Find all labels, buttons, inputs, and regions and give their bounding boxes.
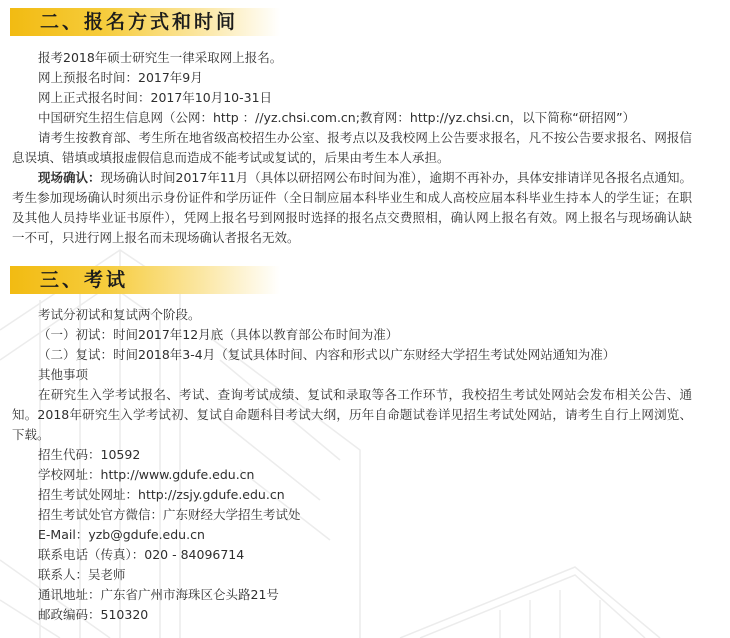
contact-value: 广东财经大学招生考试处 (163, 507, 301, 522)
contact-value: 广东省广州市海珠区仑头路21号 (101, 587, 279, 602)
admissions-website-link[interactable]: http://zsjy.gdufe.edu.cn (138, 487, 285, 502)
onsite-paragraph: 现场确认：现场确认时间2017年11月（具体以研招网公布时间为准），逾期不再补办… (12, 168, 692, 248)
text-line: 网上正式报名时间：2017年10月10-31日 (12, 88, 692, 108)
contact-value: 10592 (101, 447, 141, 462)
email-link[interactable]: yzb@gdufe.edu.cn (88, 527, 205, 542)
contact-item: 邮政编码：510320 (12, 605, 692, 625)
contact-item: 联系电话（传真）：020 - 84096714 (12, 545, 692, 565)
text-line: （二）复试：时间2018年3-4月（复试具体时间、内容和形式以广东财经大学招生考… (12, 345, 692, 365)
section-header-registration: 二、报名方式和时间 (10, 8, 280, 36)
other-paragraph: 在研究生入学考试报名、考试、查询考试成绩、复试和录取等各工作环节，我校招生考试处… (12, 385, 692, 445)
section-body-registration: 报考2018年硕士研究生一律采取网上报名。 网上预报名时间：2017年9月 网上… (12, 48, 692, 248)
contact-item: 招生考试处网址：http://zsjy.gdufe.edu.cn (12, 485, 692, 505)
contact-item: E-Mail：yzb@gdufe.edu.cn (12, 525, 692, 545)
contact-label: 联系人： (38, 567, 88, 582)
contact-item: 联系人：吴老师 (12, 565, 692, 585)
contact-label: 招生考试处官方微信： (38, 507, 163, 522)
onsite-text: 现场确认时间2017年11月（具体以研招网公布时间为准），逾期不再补办，具体安排… (12, 170, 692, 245)
contact-label: E-Mail： (38, 527, 88, 542)
contact-label: 通讯地址： (38, 587, 101, 602)
section-header-exam: 三、考试 (10, 266, 280, 294)
contact-list: 招生代码：10592 学校网址：http://www.gdufe.edu.cn … (12, 445, 692, 625)
text-line: 中国研究生招生信息网（公网：http ：//yz.chsi.com.cn;教育网… (12, 108, 692, 128)
contact-item: 招生考试处官方微信：广东财经大学招生考试处 (12, 505, 692, 525)
school-website-link[interactable]: http://www.gdufe.edu.cn (101, 467, 255, 482)
contact-label: 邮政编码： (38, 607, 101, 622)
text-line: 考试分初试和复试两个阶段。 (12, 305, 692, 325)
contact-label: 联系电话（传真）： (38, 547, 144, 562)
section-title: 二、报名方式和时间 (40, 9, 238, 35)
section-title: 三、考试 (40, 267, 128, 293)
text-line: 报考2018年硕士研究生一律采取网上报名。 (12, 48, 692, 68)
text-line: （一）初试：时间2017年12月底（具体以教育部公布时间为准） (12, 325, 692, 345)
text-line: 其他事项 (12, 365, 692, 385)
section-body-exam: 考试分初试和复试两个阶段。 （一）初试：时间2017年12月底（具体以教育部公布… (12, 305, 692, 625)
contact-item: 学校网址：http://www.gdufe.edu.cn (12, 465, 692, 485)
contact-label: 学校网址： (38, 467, 101, 482)
contact-label: 招生代码： (38, 447, 101, 462)
notice-paragraph: 请考生按教育部、考生所在地省级高校招生办公室、报考点以及我校网上公告要求报名，凡… (12, 128, 692, 168)
contact-value: 吴老师 (88, 567, 126, 582)
onsite-label: 现场确认： (38, 170, 101, 185)
contact-value: 510320 (101, 607, 149, 622)
contact-item: 招生代码：10592 (12, 445, 692, 465)
text-line: 网上预报名时间：2017年9月 (12, 68, 692, 88)
contact-value: 020 - 84096714 (144, 547, 244, 562)
contact-item: 通讯地址：广东省广州市海珠区仑头路21号 (12, 585, 692, 605)
contact-label: 招生考试处网址： (38, 487, 138, 502)
